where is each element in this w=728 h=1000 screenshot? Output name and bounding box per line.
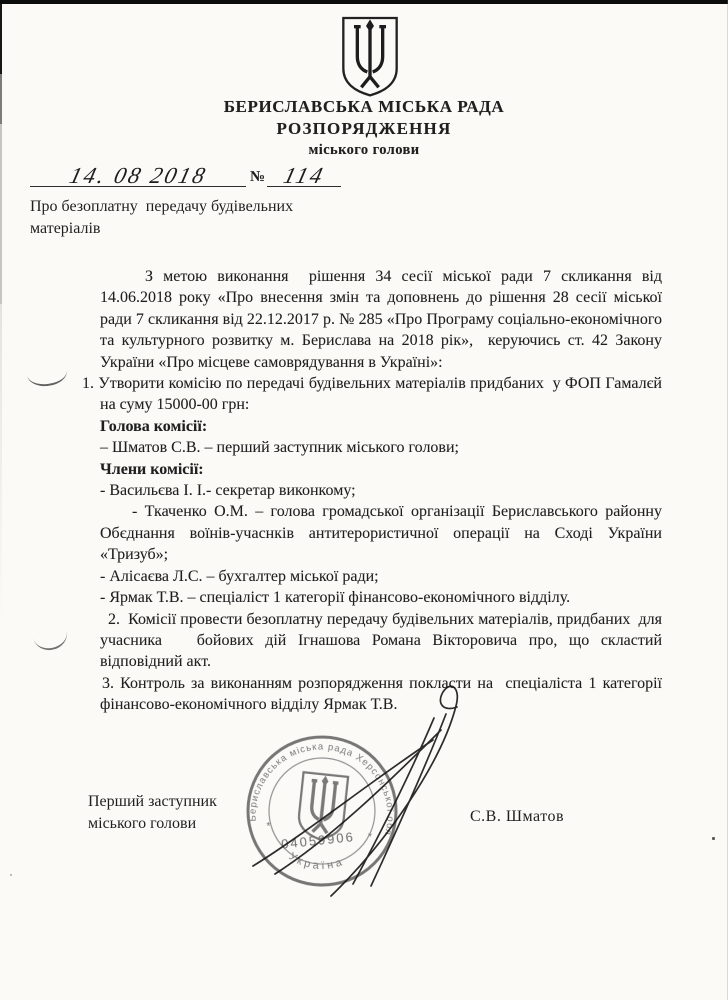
member-entry: - Алісаєва Л.С. – бухгалтер міської ради… — [100, 566, 662, 587]
signer-title: Перший заступник міського голови — [88, 791, 217, 835]
order-item-2: 2. Комісії провести безоплатну передачу … — [100, 609, 662, 673]
signer-title-line1: Перший заступник — [88, 791, 217, 813]
number-sign: № — [246, 169, 267, 187]
subject-text: Про безоплатну передачу будівельних мате… — [30, 196, 390, 240]
document-body: З метою виконання рішення 34 сесії міськ… — [100, 266, 662, 716]
org-name: БЕРИСЛАВСЬКА МІСЬКА РАДА — [0, 97, 728, 117]
margin-pen-mark — [30, 617, 69, 653]
commission-head-label: Голова комісії: — [100, 416, 662, 437]
member-entry: - Ткаченко О.М. – голова громадської орг… — [100, 501, 662, 565]
number-underline: 114 — [267, 160, 341, 187]
scanned-document-page: БЕРИСЛАВСЬКА МІСЬКА РАДА РОЗПОРЯДЖЕННЯ м… — [0, 0, 728, 1000]
member-entry: - Васильєва І. І.- секретар виконкому; — [100, 480, 662, 501]
doc-type-title: РОЗПОРЯДЖЕННЯ — [0, 119, 728, 139]
commission-head-entry: – Шматов С.В. – перший заступник міськог… — [100, 437, 662, 458]
scan-edge-top — [0, 0, 728, 4]
scan-speck — [10, 874, 12, 876]
member-entry: - Ярмак Т.В. – спеціаліст 1 категорії фі… — [100, 587, 662, 608]
margin-pen-mark — [26, 358, 69, 389]
handwritten-number: 114 — [281, 163, 328, 189]
handwritten-signature — [235, 672, 475, 902]
order-item-1: 1. Утворити комісію по передачі будівель… — [100, 373, 662, 416]
date-number-row: 14. 08 2018№114 — [30, 160, 341, 192]
handwritten-date: 14. 08 2018 — [66, 163, 209, 189]
trident-tip — [366, 19, 374, 32]
signer-title-line2: міського голови — [88, 813, 217, 835]
date-underline: 14. 08 2018 — [30, 160, 246, 187]
trident-emblem-icon — [336, 14, 404, 98]
doc-subtype: міського голови — [0, 142, 728, 159]
signer-name: С.В. Шматов — [470, 808, 564, 826]
preamble-paragraph: З метою виконання рішення 34 сесії міськ… — [100, 266, 662, 373]
scan-speck — [712, 837, 715, 840]
commission-members-label: Члени комісії: — [100, 459, 662, 480]
